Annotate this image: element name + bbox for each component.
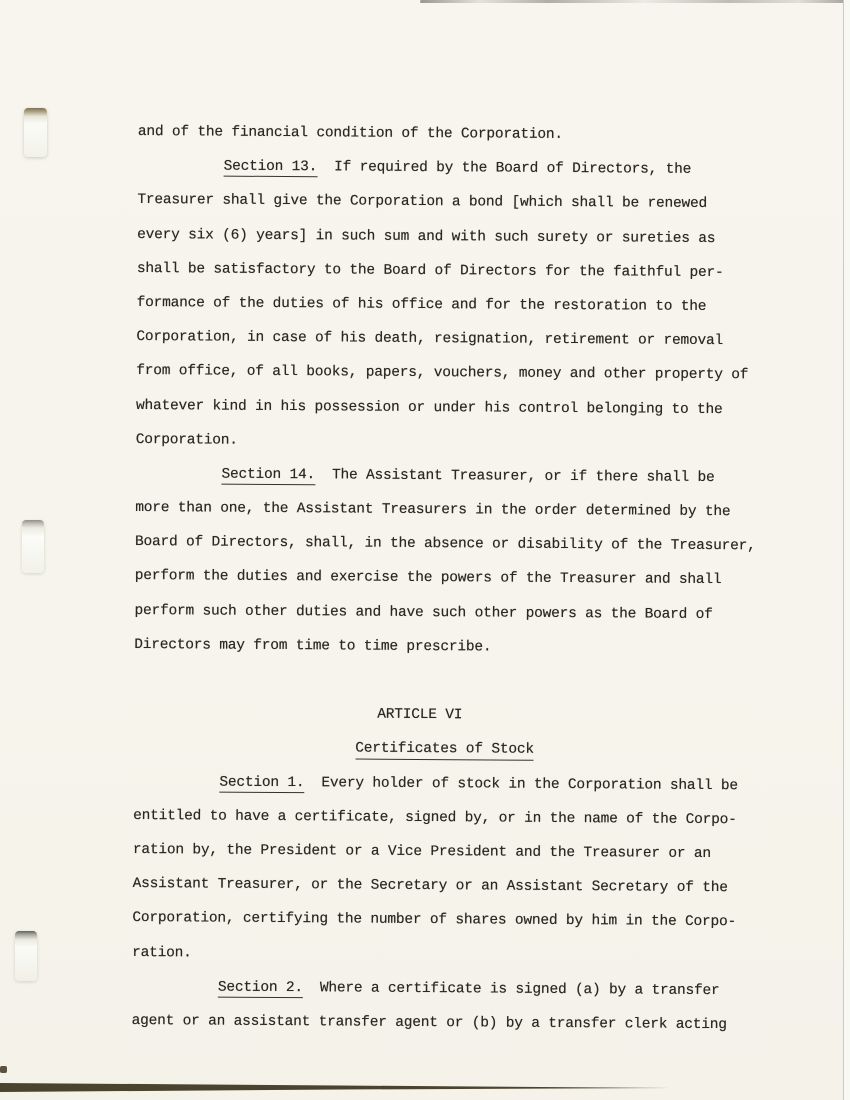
line-text: ration. (132, 944, 192, 960)
section-label: Section 2. (218, 979, 303, 998)
text-line: formance of the duties of his office and… (137, 286, 759, 325)
line-text: every six (6) years] in such sum and wit… (137, 227, 715, 247)
line-text: Corporation. (136, 432, 238, 449)
line-text: Certificates of Stock (355, 741, 534, 761)
line-text: Every holder of stock in the Corporation… (304, 775, 738, 794)
line-text: perform the duties and exercise the powe… (135, 568, 722, 588)
line-text: The Assistant Treasurer, or if there sha… (315, 467, 715, 486)
line-text: Where a certificate is signed (a) by a t… (303, 980, 720, 999)
text-line: Corporation, in case of his death, resig… (136, 320, 758, 359)
text-line: Section 13. If required by the Board of … (138, 149, 760, 188)
document-text: and of the financial condition of the Co… (132, 115, 760, 1042)
line-text: Corporation, in case of his death, resig… (136, 329, 723, 349)
line-text: If required by the Board of Directors, t… (317, 159, 691, 178)
line-text: more than one, the Assistant Treasurers … (135, 500, 730, 520)
text-line: Assistant Treasurer, or the Secretary or… (133, 867, 755, 906)
line-text: Board of Directors, shall, in the absenc… (135, 534, 756, 554)
heading-line: Certificates of Stock (133, 730, 755, 769)
text-line: ration. (132, 935, 754, 974)
scan-artifact-bottom-edge (0, 1058, 850, 1100)
text-line: from office, of all books, papers, vouch… (136, 354, 758, 393)
section-label: Section 1. (219, 774, 304, 793)
text-line: and of the financial condition of the Co… (138, 115, 760, 154)
hole-punch-top (24, 108, 47, 157)
text-line: ration by, the President or a Vice Presi… (133, 833, 755, 872)
line-text: Assistant Treasurer, or the Secretary or… (133, 876, 728, 896)
hole-punch-middle (22, 520, 44, 573)
line-text: Corporation, certifying the number of sh… (132, 910, 736, 930)
scanned-document-page: and of the financial condition of the Co… (0, 0, 850, 1100)
line-text: Treasurer shall give the Corporation a b… (137, 192, 707, 212)
text-line: every six (6) years] in such sum and wit… (137, 218, 759, 257)
text-line: Board of Directors, shall, in the absenc… (135, 525, 757, 564)
section-label: Section 13. (224, 159, 318, 178)
line-text: Directors may from time to time prescrib… (134, 637, 491, 655)
text-line: more than one, the Assistant Treasurers … (135, 491, 757, 530)
line-text: whatever kind in his possession or under… (136, 397, 723, 417)
scan-artifact-top-edge (420, 0, 850, 3)
text-line: Treasurer shall give the Corporation a b… (137, 183, 759, 222)
section-label: Section 14. (221, 466, 315, 485)
text-line: perform the duties and exercise the powe… (135, 559, 757, 598)
line-text: ARTICLE VI (377, 707, 462, 724)
text-line: shall be satisfactory to the Board of Di… (137, 252, 759, 291)
line-text: shall be satisfactory to the Board of Di… (137, 261, 724, 281)
text-line: Corporation, certifying the number of sh… (132, 901, 754, 940)
text-line: perform such other duties and have such … (134, 594, 756, 633)
line-text: from office, of all books, papers, vouch… (136, 363, 748, 383)
text-line: whatever kind in his possession or under… (136, 388, 758, 427)
text-line: entitled to have a certificate, signed b… (133, 799, 755, 838)
line-text: perform such other duties and have such … (134, 603, 712, 623)
page-edge (843, 0, 850, 1100)
hole-punch-bottom (15, 931, 37, 981)
text-line: Section 1. Every holder of stock in the … (133, 765, 755, 804)
text-line: agent or an assistant transfer agent or … (132, 1004, 754, 1043)
line-text: ration by, the President or a Vice Presi… (133, 842, 711, 862)
text-line: Section 2. Where a certificate is signed… (132, 970, 754, 1009)
line-text: and of the financial condition of the Co… (138, 124, 563, 143)
line-text: formance of the duties of his office and… (137, 295, 707, 315)
line-text: entitled to have a certificate, signed b… (133, 808, 737, 828)
text-line: Corporation. (136, 423, 758, 462)
text-line: Directors may from time to time prescrib… (134, 628, 756, 667)
text-line: Section 14. The Assistant Treasurer, or … (135, 457, 757, 496)
heading-line: ARTICLE VI (109, 696, 731, 735)
line-text: agent or an assistant transfer agent or … (132, 1013, 727, 1033)
